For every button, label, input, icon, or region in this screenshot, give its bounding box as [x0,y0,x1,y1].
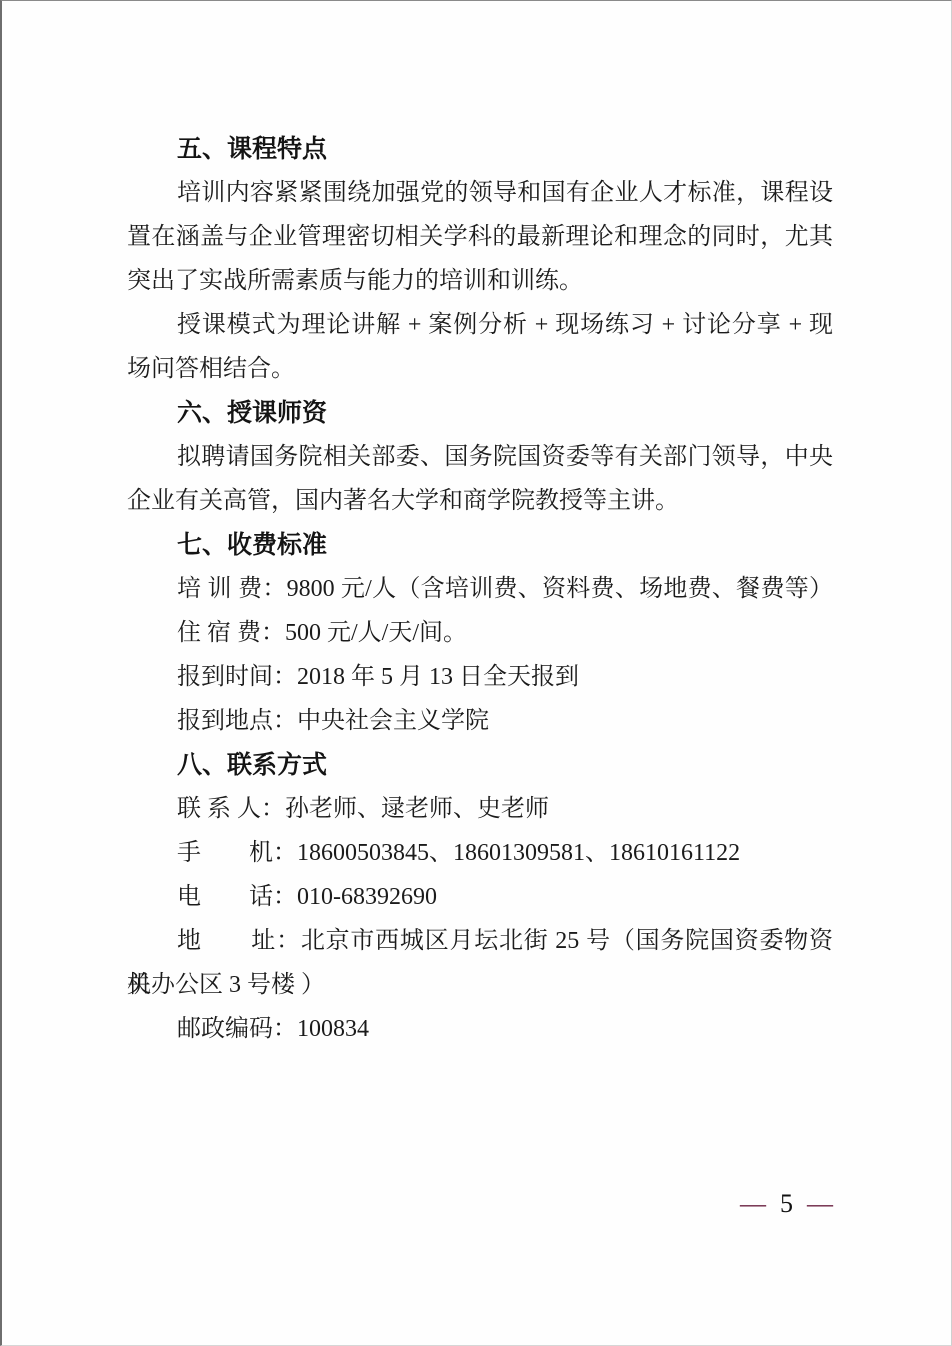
text-line: 报到时间：2018 年 5 月 13 日全天报到 [127,655,833,699]
text-line: 授课模式为理论讲解 + 案例分析 + 现场练习 + 讨论分享 + 现 [127,303,833,347]
text-line: 置在涵盖与企业管理密切相关学科的最新理论和理念的同时，尤其 [127,215,833,259]
text-line: 地 址：北京市西城区月坛北街 25 号（国务院国资委物资机 [127,919,833,963]
page-footer: —5— [127,1182,833,1226]
text-line: 关办公区 3 号楼 ） [127,963,833,1007]
text-line: 电 话：010-68392690 [127,875,833,919]
text-line: 报到地点：中央社会主义学院 [127,699,833,743]
page-number-dash-left: — [740,1189,766,1218]
page-number-dash-right: — [807,1189,833,1218]
text-line: 住 宿 费：500 元/人/天/间。 [127,611,833,655]
text-line: 企业有关高管，国内著名大学和商学院教授等主讲。 [127,479,833,523]
section-heading-8: 八、联系方式 [127,743,833,787]
document-content: 五、课程特点 培训内容紧紧围绕加强党的领导和国有企业人才标准，课程设 置在涵盖与… [127,127,833,1051]
section-heading-5: 五、课程特点 [127,127,833,171]
text-line: 联 系 人：孙老师、逯老师、史老师 [127,787,833,831]
text-line: 邮政编码：100834 [127,1007,833,1051]
page-number: 5 [780,1189,793,1218]
text-line: 手 机：18600503845、18601309581、18610161122 [127,831,833,875]
text-line: 场问答相结合。 [127,347,833,391]
section-heading-6: 六、授课师资 [127,391,833,435]
text-line: 拟聘请国务院相关部委、国务院国资委等有关部门领导，中央 [127,435,833,479]
text-line: 突出了实战所需素质与能力的培训和训练。 [127,259,833,303]
section-heading-7: 七、收费标准 [127,523,833,567]
text-line: 培训内容紧紧围绕加强党的领导和国有企业人才标准，课程设 [127,171,833,215]
text-line: 培 训 费：9800 元/人（含培训费、资料费、场地费、餐费等） [127,567,833,611]
document-page: 五、课程特点 培训内容紧紧围绕加强党的领导和国有企业人才标准，课程设 置在涵盖与… [0,0,952,1346]
